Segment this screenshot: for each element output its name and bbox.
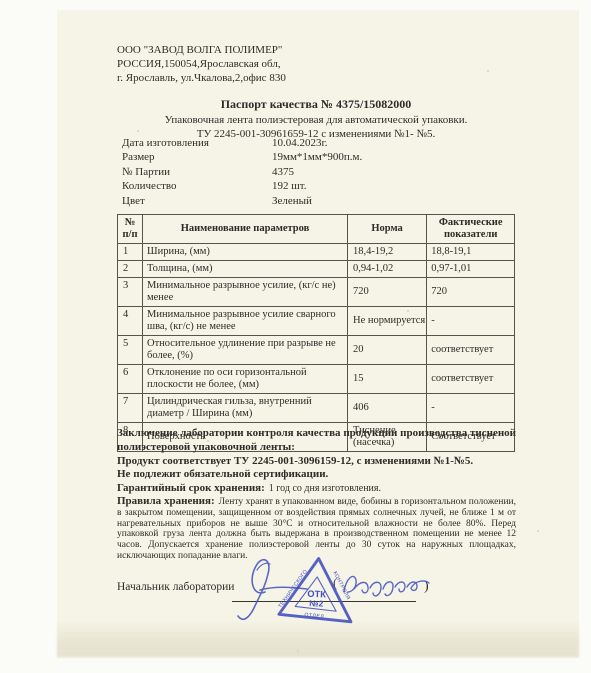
cell-norm: 720 [348,278,427,307]
detail-row: Дата изготовления 10.04.2023г. [122,136,362,150]
document-subtitle-product: Упаковочная лента полиэстеровая для авто… [117,114,515,128]
conclusion-lab-statement: Заключение лаборатории контроля качества… [117,427,516,455]
detail-row: № Партии 4375 [122,165,362,179]
signatory-title: Начальник лаборатории [117,581,234,593]
scanned-document-page: ООО "ЗАВОД ВОЛГА ПОЛИМЕР" РОССИЯ,150054,… [57,10,579,658]
scan-speckle [537,530,539,532]
table-row: 4 Минимальное разрывное усилие сварного … [118,307,515,336]
cell-fact: соответствует [427,365,515,394]
cell-num: 1 [118,244,143,261]
company-address-line2: г. Ярославль, ул.Чкалова,2,офис 830 [117,71,286,85]
scan-bottom-shadow [57,621,579,657]
document-title-block: Паспорт качества № 4375/15082000 Упаково… [117,97,515,141]
cell-fact: 0,97-1,01 [427,261,515,278]
column-header-num: № п/п [118,215,143,244]
table-row: 5 Относительное удлинение при разрыве не… [118,336,515,365]
cell-fact: - [427,394,515,423]
cell-num: 7 [118,394,143,423]
cell-norm: 406 [348,394,427,423]
stamp-side-right-text: КОНТРОЛЯ [332,571,351,601]
column-header-norm: Норма [348,215,427,244]
column-header-param: Наименование параметров [143,215,348,244]
cell-param: Минимальное разрывное усилие, (кг/с не) … [143,278,348,307]
cell-param: Толщина, (мм) [143,261,348,278]
storage-label: Правила хранения: [117,495,215,507]
table-row: 7 Цилиндрическая гильза, внутренний диам… [118,394,515,423]
cell-num: 4 [118,307,143,336]
company-address-line1: РОССИЯ,150054,Ярославская обл, [117,57,286,71]
cell-norm: 20 [348,336,427,365]
detail-row: Количество 192 шт. [122,179,362,193]
cell-param: Ширина, (мм) [143,244,348,261]
stamp-bottom-text: ОТДЕЛ [304,612,324,620]
cell-norm: 18,4-19,2 [348,244,427,261]
warranty-text: 1 год со дня изготовления. [269,483,381,494]
detail-label: Количество [122,179,272,193]
table-row: 3 Минимальное разрывное усилие, (кг/с не… [118,278,515,307]
cell-norm: Не нормируется [348,307,427,336]
cell-param: Цилиндрическая гильза, внутренний диамет… [143,394,348,423]
table-row: 6 Отклонение по оси горизонтальной плоск… [118,365,515,394]
cell-num: 2 [118,261,143,278]
cell-num: 5 [118,336,143,365]
cell-num: 6 [118,365,143,394]
cell-param: Относительное удлинение при разрыве не б… [143,336,348,365]
detail-value: Зеленый [272,194,312,208]
table-row: 1 Ширина, (мм) 18,4-19,2 18,8-19,1 [118,244,515,261]
document-title: Паспорт качества № 4375/15082000 [117,97,515,112]
stamp-center-number: №2 [309,598,324,608]
detail-value: 10.04.2023г. [272,136,328,150]
column-header-fact: Фактические показатели [427,215,515,244]
detail-row: Цвет Зеленый [122,194,362,208]
cell-fact: 720 [427,278,515,307]
cell-num: 3 [118,278,143,307]
table-header-row: № п/п Наименование параметров Норма Факт… [118,215,515,244]
detail-value: 19мм*1мм*900п.м. [272,150,362,164]
detail-label: № Партии [122,165,272,179]
parameters-table: № п/п Наименование параметров Норма Факт… [117,214,515,452]
conclusion-certification-statement: Не подлежит обязательной сертификации. [117,468,516,482]
details-list: Дата изготовления 10.04.2023г. Размер 19… [122,136,362,208]
cell-param: Минимальное разрывное усилие сварного шв… [143,307,348,336]
detail-row: Размер 19мм*1мм*900п.м. [122,150,362,164]
table-row: 2 Толщина, (мм) 0,94-1,02 0,97-1,01 [118,261,515,278]
detail-label: Цвет [122,194,272,208]
warranty-label: Гарантийный срок хранения: [117,482,265,494]
company-name: ООО "ЗАВОД ВОЛГА ПОЛИМЕР" [117,43,286,57]
company-header: ООО "ЗАВОД ВОЛГА ПОЛИМЕР" РОССИЯ,150054,… [117,43,286,86]
conclusion-section: Заключение лаборатории контроля качества… [117,427,516,562]
stamp-side-left-text: ТЕХНИЧЕСКОГО [278,569,309,610]
cell-norm: 0,94-1,02 [348,261,427,278]
cell-param: Отклонение по оси горизонтальной плоскос… [143,365,348,394]
scan-speckle [487,70,489,72]
detail-label: Размер [122,150,272,164]
cell-fact: - [427,307,515,336]
warranty-line: Гарантийный срок хранения:1 год со дня и… [117,482,516,496]
conclusion-product-statement: Продукт соответствует ТУ 2245-001-309615… [117,455,516,469]
cell-fact: 18,8-19,1 [427,244,515,261]
detail-value: 4375 [272,165,294,179]
detail-value: 192 шт. [272,179,306,193]
cell-norm: 15 [348,365,427,394]
cell-fact: соответствует [427,336,515,365]
detail-label: Дата изготовления [122,136,272,150]
